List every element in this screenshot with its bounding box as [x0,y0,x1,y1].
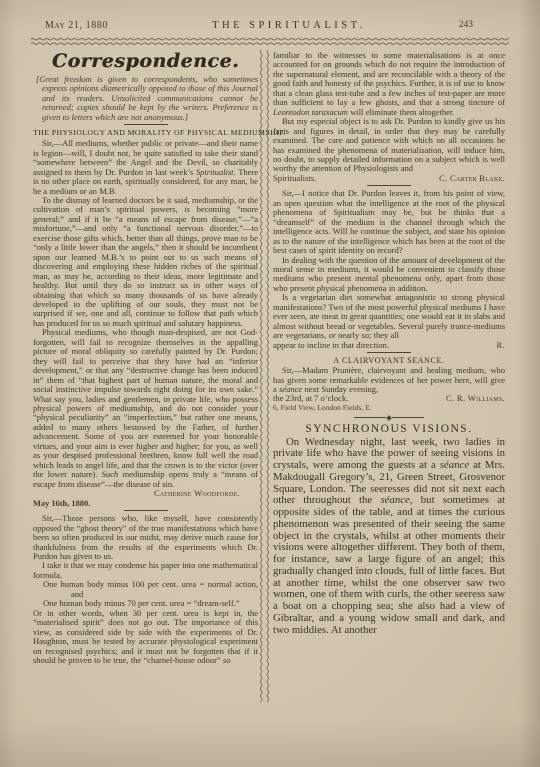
clairvoyant-seance-heading: A CLAIRVOYANT SEANCE. [273,356,505,365]
blake-signature-line: Spiritualists. C. Carter Blake. [273,174,505,183]
r-line-left: appear to incline in that direction. [273,341,389,350]
letter-section-heading: THE PHYSIOLOGY AND MORALITY OF PHYSICAL … [33,128,258,137]
masthead-wavy-rule [31,37,509,46]
right-column: familiar to the witnesses to some materi… [273,51,505,636]
editorial-note: [Great freedom is given to correspondent… [33,75,258,122]
woodforde-paragraph-1: Sir,—All mediums, whether public or priv… [33,139,258,196]
letter-divider-rule [367,352,411,353]
williams-signature: C. R. Williams. [446,394,505,403]
blake-paragraph: But my especial object is to ask Dr. Pur… [273,117,505,174]
dreamself-paragraph-1: Sir,—I notice that Dr. Purdon leaves it,… [273,189,505,255]
urea-paragraph-3: Or in other words, when 30 per cent. ure… [33,609,258,666]
r-signature: R. [497,341,505,350]
synchronous-visions-paragraph: On Wednesday night, last week, two ladie… [273,437,505,637]
woodforde-paragraph-3: Physical mediums, who though man-despise… [33,328,258,489]
issue-date: May 21, 1880 [45,20,108,31]
urea-paragraph-2: I take it that we may condense his paper… [33,561,258,580]
diamond-ornament-rule [273,416,505,420]
blake-line-left: Spiritualists. [273,174,316,183]
note-rule [124,124,168,125]
left-column: Correspondence. [Great freedom is given … [33,50,258,665]
woodforde-signature: Catherine Woodforde. [33,489,258,499]
urea-continuation-paragraph: familiar to the witnesses to some materi… [273,51,505,117]
letter-divider-rule [367,185,411,186]
woodforde-date: May 16th, 1880. [33,499,258,509]
synchronous-visions-heading: SYNCHRONOUS VISIONS. [273,423,505,435]
williams-address: 6, Field View, London Fields, E. [273,404,505,413]
urea-formula-1: One human body minus 100 per cent. urea … [33,580,258,599]
masthead: May 21, 1880 THE SPIRITUALIST. 243 [33,20,509,35]
letter-divider-rule [124,510,168,511]
page-number: 243 [459,20,473,30]
r-signature-line: appear to incline in that direction. R. [273,341,505,350]
journal-title: THE SPIRITUALIST. [183,20,395,31]
journal-page: May 21, 1880 THE SPIRITUALIST. 243 [0,0,540,767]
dreamself-paragraph-2: In dealing with the question of the amou… [273,256,505,294]
dreamself-paragraph-3: Is a vegetarian diet somewhat antagonist… [273,293,505,340]
clairvoyant-paragraph: Sir,—Madam Prunière, clairvoyant and hea… [273,366,505,394]
urea-paragraph-1: Sir,—Those persons who, like myself, hav… [33,514,258,561]
column-divider [258,50,271,702]
woodforde-paragraph-2: To the dismay of learned doctors be it s… [33,196,258,328]
blake-signature: C. Carter Blake. [439,174,505,183]
correspondence-title: Correspondence. [33,50,258,72]
